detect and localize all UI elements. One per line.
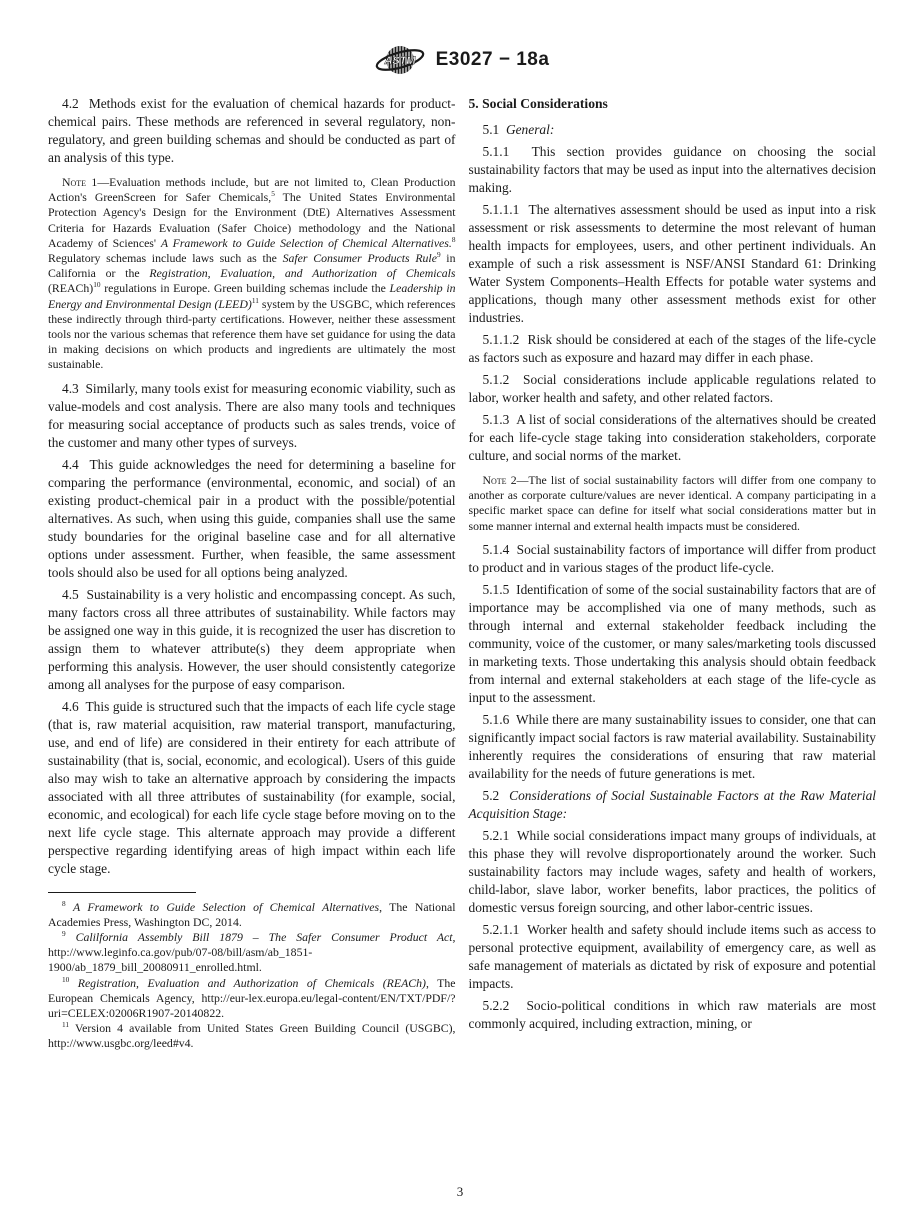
note-2: Note 2—The list of social sustainability… [469, 473, 877, 534]
footnote-10: 10 Registration, Evaluation and Authoriz… [48, 976, 456, 1022]
astm-logo: ASTM [375, 38, 427, 82]
footnote-8: 8 A Framework to Guide Selection of Chem… [48, 900, 456, 930]
footnote-11: 11 Version 4 available from United State… [48, 1021, 456, 1051]
para-4-6: 4.6 This guide is structured such that t… [48, 698, 456, 878]
para-5-1-6: 5.1.6 While there are many sustainabilit… [469, 711, 877, 783]
para-5-2-2: 5.2.2 Socio-political conditions in whic… [469, 997, 877, 1033]
page-footer: 3 [0, 1184, 920, 1200]
para-5-1-2: 5.1.2 Social considerations include appl… [469, 371, 877, 407]
para-5-1-4: 5.1.4 Social sustainability factors of i… [469, 541, 877, 577]
document-page: ASTM E3027 − 18a 4.2 Methods exist for t… [0, 0, 920, 1232]
para-5-1-3: 5.1.3 A list of social considerations of… [469, 411, 877, 465]
para-5-2: 5.2 Considerations of Social Sustainable… [469, 787, 877, 823]
para-4-4: 4.4 This guide acknowledges the need for… [48, 456, 456, 582]
page-header: ASTM E3027 − 18a [48, 38, 876, 82]
para-5-1-5: 5.1.5 Identification of some of the soci… [469, 581, 877, 707]
para-5-1-1: 5.1.1 This section provides guidance on … [469, 143, 877, 197]
left-column: 4.2 Methods exist for the evaluation of … [48, 95, 456, 1052]
doc-code: E3027 − 18a [436, 49, 550, 71]
para-4-3: 4.3 Similarly, many tools exist for meas… [48, 380, 456, 452]
page-number: 3 [457, 1184, 464, 1199]
note-1: Note 1—Evaluation methods include, but a… [48, 175, 456, 373]
para-5-1: 5.1 General: [469, 121, 877, 139]
para-5-1-1-2: 5.1.1.2 Risk should be considered at eac… [469, 331, 877, 367]
para-5-2-1: 5.2.1 While social considerations impact… [469, 827, 877, 917]
right-column: 5. Social Considerations5.1 General:5.1.… [469, 95, 877, 1033]
footnote-9: 9 Calilfornia Assembly Bill 1879 – The S… [48, 930, 456, 976]
para-5-2-1-1: 5.2.1.1 Worker health and safety should … [469, 921, 877, 993]
two-column-body: 4.2 Methods exist for the evaluation of … [48, 95, 876, 1052]
astm-logo-text: ASTM [383, 55, 416, 67]
para-4-5: 4.5 Sustainability is a very holistic an… [48, 586, 456, 694]
para-4-2: 4.2 Methods exist for the evaluation of … [48, 95, 456, 167]
footnote-separator [48, 892, 196, 893]
para-5-1-1-1: 5.1.1.1 The alternatives assessment shou… [469, 201, 877, 327]
section-5-heading: 5. Social Considerations [469, 95, 877, 113]
